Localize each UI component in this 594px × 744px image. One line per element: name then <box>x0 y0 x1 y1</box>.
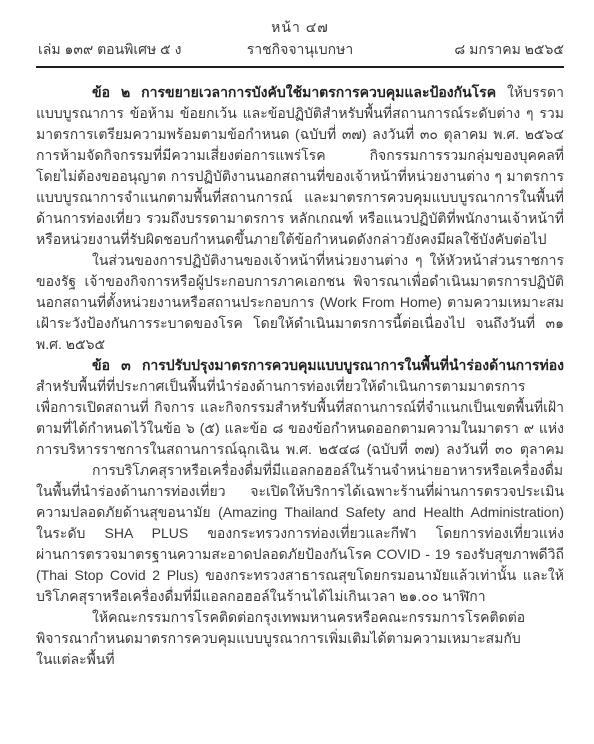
clause3-heading-line: ข้อ ๓ การปรับปรุงมาตรการควบคุมแบบบูรณากา… <box>36 355 564 376</box>
wfh-paragraph-line: เฝ้าระวังป้องกันการระบาดของโรค โดยให้ดำเ… <box>36 313 564 334</box>
clause2-heading: ข้อ ๒ การขยายเวลาการบังคับใช้มาตรการควบค… <box>92 84 496 100</box>
clause3-line: ตามที่ได้กำหนดไว้ในข้อ ๖ (๕) และข้อ ๘ ขอ… <box>36 418 564 439</box>
gazette-title: ราชกิจจานุเบกษา <box>247 38 353 60</box>
committee-paragraph-line: ในแต่ละพื้นที่ <box>36 649 564 670</box>
clause2-line: แบบบูรณาการ ข้อห้าม ข้อยกเว้น และข้อปฏิบ… <box>36 103 564 124</box>
gazette-page: หน้า ๔๗ เล่ม ๑๓๙ ตอนพิเศษ ๕ ง ราชกิจจานุ… <box>0 0 594 744</box>
alcohol-paragraph-line: การบริโภคสุราหรือเครื่องดื่มที่มีแอลกอฮอ… <box>36 460 564 481</box>
clause3-line: การบริหารราชการในสถานการณ์ฉุกเฉิน พ.ศ. ๒… <box>36 439 564 460</box>
alcohol-paragraph-line: ผ่านการตรวจมาตรฐานความสะอาดปลอดภัยป้องกั… <box>36 544 564 565</box>
clause2-line: โดยไม่ต้องขออนุญาต การปฏิบัติงานนอกสถานท… <box>36 166 564 187</box>
alcohol-paragraph-line: (Thai Stop Covid 2 Plus) ของกระทรวงสาธาร… <box>36 565 564 586</box>
document-body: ข้อ ๒ การขยายเวลาการบังคับใช้มาตรการควบค… <box>36 82 564 670</box>
committee-paragraph-line: พิจารณากำหนดมาตรการควบคุมแบบบูรณาการเพิ่… <box>36 628 564 649</box>
alcohol-paragraph-line: ความปลอดภัยด้านสุขอนามัย (Amazing Thaila… <box>36 502 564 523</box>
gazette-header-row: เล่ม ๑๓๙ ตอนพิเศษ ๕ ง ราชกิจจานุเบกษา ๘ … <box>36 38 564 60</box>
clause2-line: มาตรการเตรียมความพร้อมตามข้อกำหนด (ฉบับท… <box>36 124 564 145</box>
clause2-line: ด้านการท่องเที่ยว รวมถึงบรรดามาตรการ หลั… <box>36 208 564 229</box>
issue-date: ๘ มกราคม ๒๕๖๕ <box>454 38 564 60</box>
clause2-line: ข้อ ๒ การขยายเวลาการบังคับใช้มาตรการควบค… <box>36 82 564 103</box>
clause2-line: หรือหน่วยงานที่รับผิดชอบกำหนดขึ้นภายใต้ข… <box>36 229 564 250</box>
clause3-heading: ข้อ ๓ การปรับปรุงมาตรการควบคุมแบบบูรณากา… <box>36 357 564 376</box>
committee-paragraph-line: ให้คณะกรรมการโรคติดต่อกรุงเทพมหานครหรือค… <box>36 607 564 628</box>
clause2-line: การห้ามจัดกิจกรรมที่มีความเสี่ยงต่อการแพ… <box>36 145 564 166</box>
header-divider <box>36 66 564 68</box>
page-number-label: หน้า ๔๗ <box>36 16 564 38</box>
wfh-paragraph-line: นอกสถานที่ตั้งหน่วยงานหรือสถานประกอบการ … <box>36 292 564 313</box>
alcohol-paragraph-line: บริโภคสุราหรือเครื่องดื่มที่มีแอลกอฮอล์ใ… <box>36 586 564 607</box>
alcohol-paragraph-line: ในระดับ SHA PLUS ของกระทรวงการท่องเที่ยว… <box>36 523 564 544</box>
wfh-paragraph-line: ของรัฐ เจ้าของกิจการหรือผู้ประกอบการภาคเ… <box>36 271 564 292</box>
volume-label: เล่ม ๑๓๙ ตอนพิเศษ ๕ ง <box>38 38 182 60</box>
wfh-paragraph-line: ในส่วนของการปฏิบัติงานของเจ้าหน้าที่หน่ว… <box>36 250 564 271</box>
clause3-line: สำหรับพื้นที่ที่ประกาศเป็นพื้นที่นำร่องด… <box>36 376 564 397</box>
clause3-line: เพื่อการเปิดสถานที่ กิจการ และกิจกรรมสำห… <box>36 397 564 418</box>
wfh-paragraph-line: พ.ศ. ๒๕๖๕ <box>36 334 564 355</box>
clause2-line: แบบบูรณาการจำแนกตามพื้นที่สถานการณ์ และม… <box>36 187 564 208</box>
alcohol-paragraph-line: ในพื้นที่นำร่องด้านการท่องเที่ยว จะเปิดใ… <box>36 481 564 502</box>
